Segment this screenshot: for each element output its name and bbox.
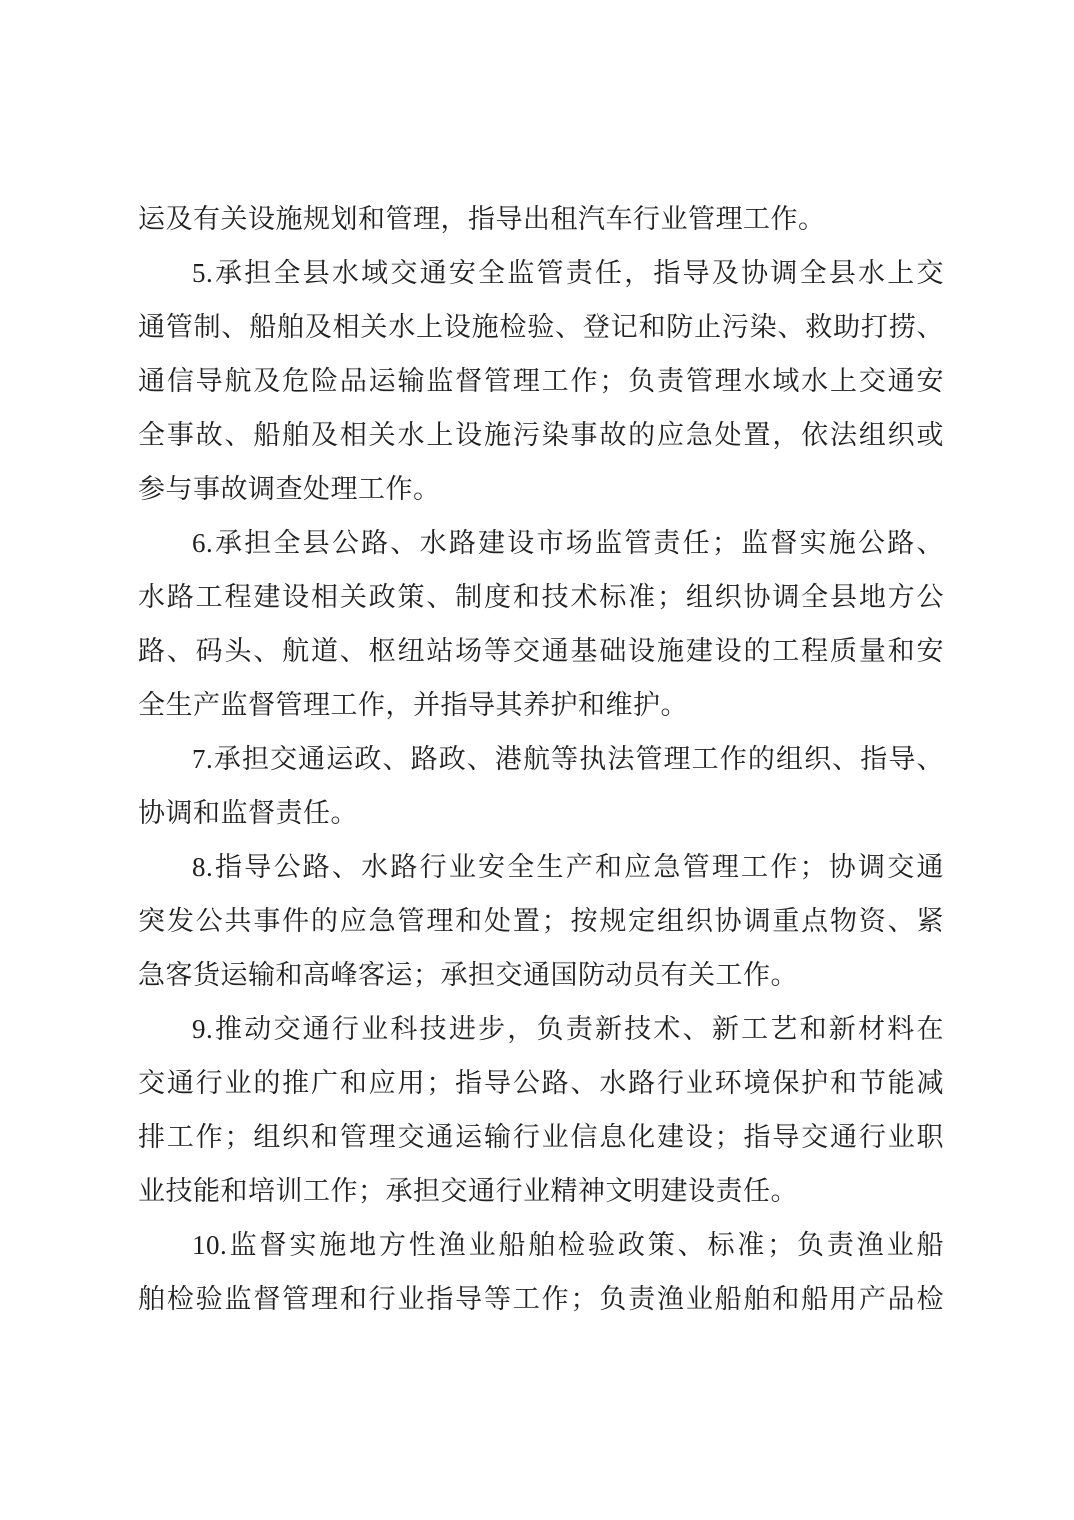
text-line: 通管制、船舶及相关水上设施检验、登记和防止污染、救助打捞、 bbox=[138, 300, 944, 354]
document-page: 运及有关设施规划和管理，指导出租汽车行业管理工作。5.承担全县水域交通安全监管责… bbox=[0, 0, 1074, 1520]
text-line: 路、码头、航道、枢纽站场等交通基础设施建设的工程质量和安 bbox=[138, 624, 944, 678]
paragraph-0: 运及有关设施规划和管理，指导出租汽车行业管理工作。 bbox=[138, 192, 944, 246]
text-line: 参与事故调查处理工作。 bbox=[138, 462, 944, 516]
text-line: 6.承担全县公路、水路建设市场监管责任；监督实施公路、 bbox=[138, 516, 944, 570]
paragraph-6: 10.监督实施地方性渔业船舶检验政策、标准；负责渔业船舶检验监督管理和行业指导等… bbox=[138, 1218, 944, 1326]
text-line: 急客货运输和高峰客运；承担交通国防动员有关工作。 bbox=[138, 948, 944, 1002]
text-line: 突发公共事件的应急管理和处置；按规定组织协调重点物资、紧 bbox=[138, 894, 944, 948]
text-line: 舶检验监督管理和行业指导等工作；负责渔业船舶和船用产品检 bbox=[138, 1272, 944, 1326]
text-line: 运及有关设施规划和管理，指导出租汽车行业管理工作。 bbox=[138, 192, 944, 246]
paragraph-5: 9.推动交通行业科技进步，负责新技术、新工艺和新材料在交通行业的推广和应用；指导… bbox=[138, 1002, 944, 1218]
text-line: 交通行业的推广和应用；指导公路、水路行业环境保护和节能减 bbox=[138, 1056, 944, 1110]
text-line: 9.推动交通行业科技进步，负责新技术、新工艺和新材料在 bbox=[138, 1002, 944, 1056]
text-line: 全生产监督管理工作，并指导其养护和维护。 bbox=[138, 678, 944, 732]
paragraph-2: 6.承担全县公路、水路建设市场监管责任；监督实施公路、水路工程建设相关政策、制度… bbox=[138, 516, 944, 732]
page-content: 运及有关设施规划和管理，指导出租汽车行业管理工作。5.承担全县水域交通安全监管责… bbox=[138, 192, 944, 1326]
text-line: 全事故、船舶及相关水上设施污染事故的应急处置，依法组织或 bbox=[138, 408, 944, 462]
text-line: 5.承担全县水域交通安全监管责任，指导及协调全县水上交 bbox=[138, 246, 944, 300]
text-line: 7.承担交通运政、路政、港航等执法管理工作的组织、指导、 bbox=[138, 732, 944, 786]
text-line: 通信导航及危险品运输监督管理工作；负责管理水域水上交通安 bbox=[138, 354, 944, 408]
paragraph-4: 8.指导公路、水路行业安全生产和应急管理工作；协调交通突发公共事件的应急管理和处… bbox=[138, 840, 944, 1002]
text-line: 协调和监督责任。 bbox=[138, 786, 944, 840]
paragraph-1: 5.承担全县水域交通安全监管责任，指导及协调全县水上交通管制、船舶及相关水上设施… bbox=[138, 246, 944, 516]
text-line: 业技能和培训工作；承担交通行业精神文明建设责任。 bbox=[138, 1164, 944, 1218]
text-line: 10.监督实施地方性渔业船舶检验政策、标准；负责渔业船 bbox=[138, 1218, 944, 1272]
text-line: 水路工程建设相关政策、制度和技术标准；组织协调全县地方公 bbox=[138, 570, 944, 624]
paragraph-3: 7.承担交通运政、路政、港航等执法管理工作的组织、指导、协调和监督责任。 bbox=[138, 732, 944, 840]
text-line: 排工作；组织和管理交通运输行业信息化建设；指导交通行业职 bbox=[138, 1110, 944, 1164]
text-line: 8.指导公路、水路行业安全生产和应急管理工作；协调交通 bbox=[138, 840, 944, 894]
